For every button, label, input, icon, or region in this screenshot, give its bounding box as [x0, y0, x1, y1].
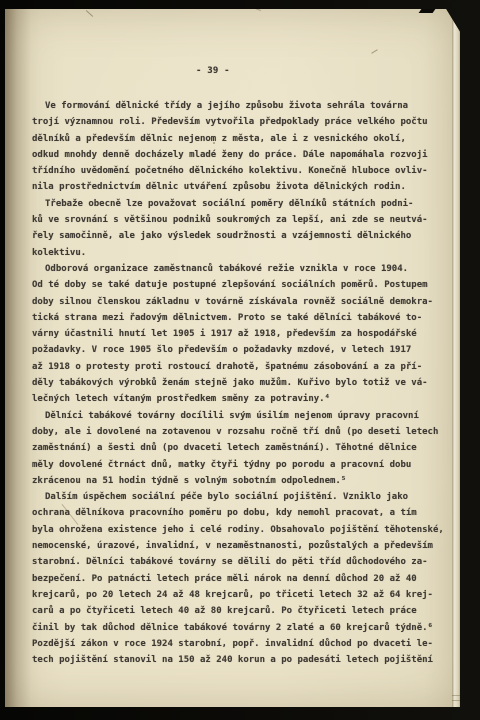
- text-line: tická strana mezi řadovým dělnictvem. Pr…: [32, 310, 450, 326]
- text-line: tech pojištění stanovil na 150 až 240 ko…: [32, 652, 450, 668]
- text-line: Od té doby se také datuje postupné zlepš…: [32, 277, 450, 293]
- text-line: Dalším úspěchem sociální péče bylo sociá…: [32, 489, 450, 505]
- text-line: doby, ale i dovolené na zotavenou v rozs…: [32, 424, 450, 440]
- text-line: třídního uvědomění početného dělnického …: [32, 163, 450, 179]
- text-line: ků ve srovnání s většinou podniků soukro…: [32, 212, 450, 228]
- text-line: řely samočinně, ale jako výsledek soudrž…: [32, 228, 450, 244]
- text-line: Ve formování dělnické třídy a jejího způ…: [32, 98, 450, 114]
- book-page: - 39 - Ve formování dělnické třídy a jej…: [5, 9, 460, 707]
- text-block: Ve formování dělnické třídy a jejího způ…: [32, 98, 450, 668]
- text-line: činil by tak důchod dělnice tabákové tov…: [32, 620, 450, 636]
- text-line: děly tabákových výrobků ženám stejně jak…: [32, 375, 450, 391]
- text-line: kolektivu.: [32, 245, 450, 261]
- dust-speck: [86, 10, 93, 17]
- text-line: bezpečení. Po patnácti letech práce měli…: [32, 571, 450, 587]
- text-line: až 1918 o protesty proti rostoucí drahot…: [32, 359, 450, 375]
- text-line: dělníků a především dělnic nejenom z měs…: [32, 131, 450, 147]
- text-line: Třebaže obecně lze považovat sociální po…: [32, 196, 450, 212]
- page-number: - 39 -: [196, 66, 230, 76]
- text-line: carů a po čtyřiceti letech 40 až 80 krej…: [32, 603, 450, 619]
- page-stack-line: [452, 695, 460, 696]
- text-line: krejcarů, po 20 letech 24 až 48 krejcarů…: [32, 587, 450, 603]
- page-corner-notch: [419, 9, 436, 13]
- text-line: zaměstnání) a šesti dnů (po dvaceti lete…: [32, 440, 450, 456]
- text-line: odkud mnohdy denně docházely mladé ženy …: [32, 147, 450, 163]
- text-line: várny účastnili hnutí let 1905 i 1917 až…: [32, 326, 450, 342]
- text-line: doby silnou členskou základnu v továrně …: [32, 294, 450, 310]
- text-line: zkrácenou na 51 hodin týdně s volným sob…: [32, 473, 450, 489]
- text-line: požadavky. V roce 1905 šlo především o p…: [32, 342, 450, 358]
- text-line: nemocenské, úrazové, invalidní, v nezamě…: [32, 538, 450, 554]
- scanned-book-photo: - 39 - Ve formování dělnické třídy a jej…: [0, 0, 480, 720]
- text-line: nila prostřednictvím dělnic utváření způ…: [32, 179, 450, 195]
- text-line: byla ohrožena existence jeho i celé rodi…: [32, 522, 450, 538]
- text-line: starobní. Dělníci tabákové továrny se dě…: [32, 554, 450, 570]
- dust-speck: [371, 49, 377, 54]
- text-line: ochrana dělníkova pracovního poměru po d…: [32, 505, 450, 521]
- dust-speck: [255, 8, 261, 11]
- text-line: trojí významnou roli. Především vytvořil…: [32, 114, 450, 130]
- text-line: lečných letech vítaným prostředkem směny…: [32, 391, 450, 407]
- text-line: Odborová organizace zaměstnanců tabákové…: [32, 261, 450, 277]
- text-line: Pozdější zákon v roce 1924 starobní, pop…: [32, 636, 450, 652]
- page-stack-line: [452, 700, 460, 701]
- text-line: Dělníci tabákové továrny docílili svým ú…: [32, 408, 450, 424]
- text-line: měly dovolené čtrnáct dnů, matky čtyři t…: [32, 457, 450, 473]
- gutter-shadow: [5, 9, 31, 707]
- page-edge: [452, 9, 460, 707]
